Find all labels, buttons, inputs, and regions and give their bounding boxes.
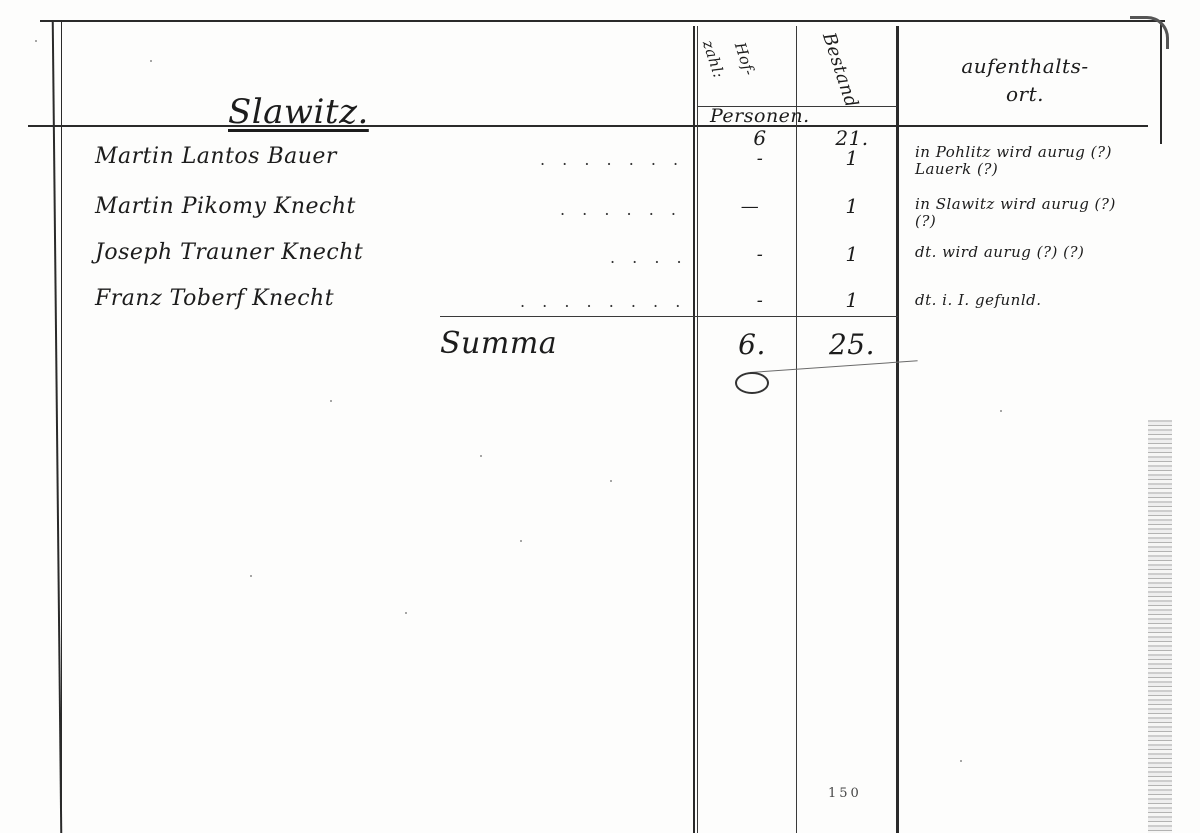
- row-bestand: 1: [822, 288, 882, 312]
- closing-flourish-line: [750, 360, 918, 373]
- row-name: Martin Pikomy Knecht: [95, 194, 356, 219]
- column-line-hofzahl-left-a: [693, 26, 695, 833]
- row-name: Joseph Trauner Knecht: [95, 240, 363, 265]
- column-line-hofzahl-left-b: [697, 26, 698, 833]
- scan-speck: [610, 480, 612, 482]
- scan-speck: [35, 40, 37, 42]
- header-total-hofzahl: 6: [730, 126, 790, 150]
- dot-leader: . . . .: [610, 248, 688, 267]
- row-hofzahl: —: [720, 196, 780, 217]
- column-line-remarks-left: [896, 26, 899, 833]
- subheader-personen: Personen.: [710, 105, 810, 127]
- closing-flourish: [735, 372, 769, 394]
- summa-bestand: 25.: [822, 328, 882, 361]
- header-separator-line: [28, 125, 1148, 127]
- row-bestand: 1: [822, 194, 882, 218]
- document-page: Slawitz. zahl: Hof- Bestand aufenthalts-…: [0, 0, 1200, 833]
- dot-leader: . . . . . .: [560, 200, 682, 219]
- row-hofzahl: -: [730, 244, 790, 265]
- row-hofzahl: -: [730, 290, 790, 311]
- scan-speck: [960, 760, 962, 762]
- header-remarks: aufenthalts- ort.: [920, 52, 1130, 108]
- row-remark: dt. wird aurug (?) (?): [915, 244, 1135, 261]
- row-bestand: 1: [822, 242, 882, 266]
- top-border-line: [40, 20, 1165, 22]
- row-bestand: 1: [822, 146, 882, 170]
- row-remark: in Pohlitz wird aurug (?) Lauerk (?): [915, 144, 1135, 178]
- dot-leader: . . . . . . .: [540, 150, 684, 169]
- row-name: Martin Lantos Bauer: [95, 144, 337, 169]
- row-remark: in Slawitz wird aurug (?) (?): [915, 196, 1135, 230]
- scan-speck: [250, 575, 252, 577]
- row-hofzahl: -: [730, 148, 790, 169]
- header-remarks-line1: aufenthalts-: [920, 52, 1130, 80]
- column-line-bestand-left: [796, 26, 797, 833]
- dot-leader: . . . . . . . .: [520, 292, 686, 311]
- scan-speck: [405, 612, 407, 614]
- summa-hofzahl: 6.: [722, 328, 782, 361]
- scan-speck: [330, 400, 332, 402]
- page-number: 150: [828, 786, 862, 801]
- summa-line: [440, 316, 898, 317]
- header-bestand: Bestand: [818, 30, 862, 110]
- scan-speck: [480, 455, 482, 457]
- row-name: Franz Toberf Knecht: [95, 286, 334, 311]
- left-border-line-inner: [61, 22, 62, 833]
- scan-speck: [1000, 410, 1002, 412]
- page-edge-scan-noise: [1148, 420, 1172, 833]
- scan-speck: [520, 540, 522, 542]
- header-hofzahl-line1: Hof-: [731, 40, 759, 78]
- place-heading: Slawitz.: [228, 92, 369, 132]
- header-hofzahl-line2: zahl:: [699, 38, 728, 81]
- summa-label: Summa: [440, 326, 557, 361]
- scan-speck: [150, 60, 152, 62]
- row-remark: dt. i. I. gefunld.: [915, 292, 1135, 309]
- header-remarks-line2: ort.: [920, 80, 1130, 108]
